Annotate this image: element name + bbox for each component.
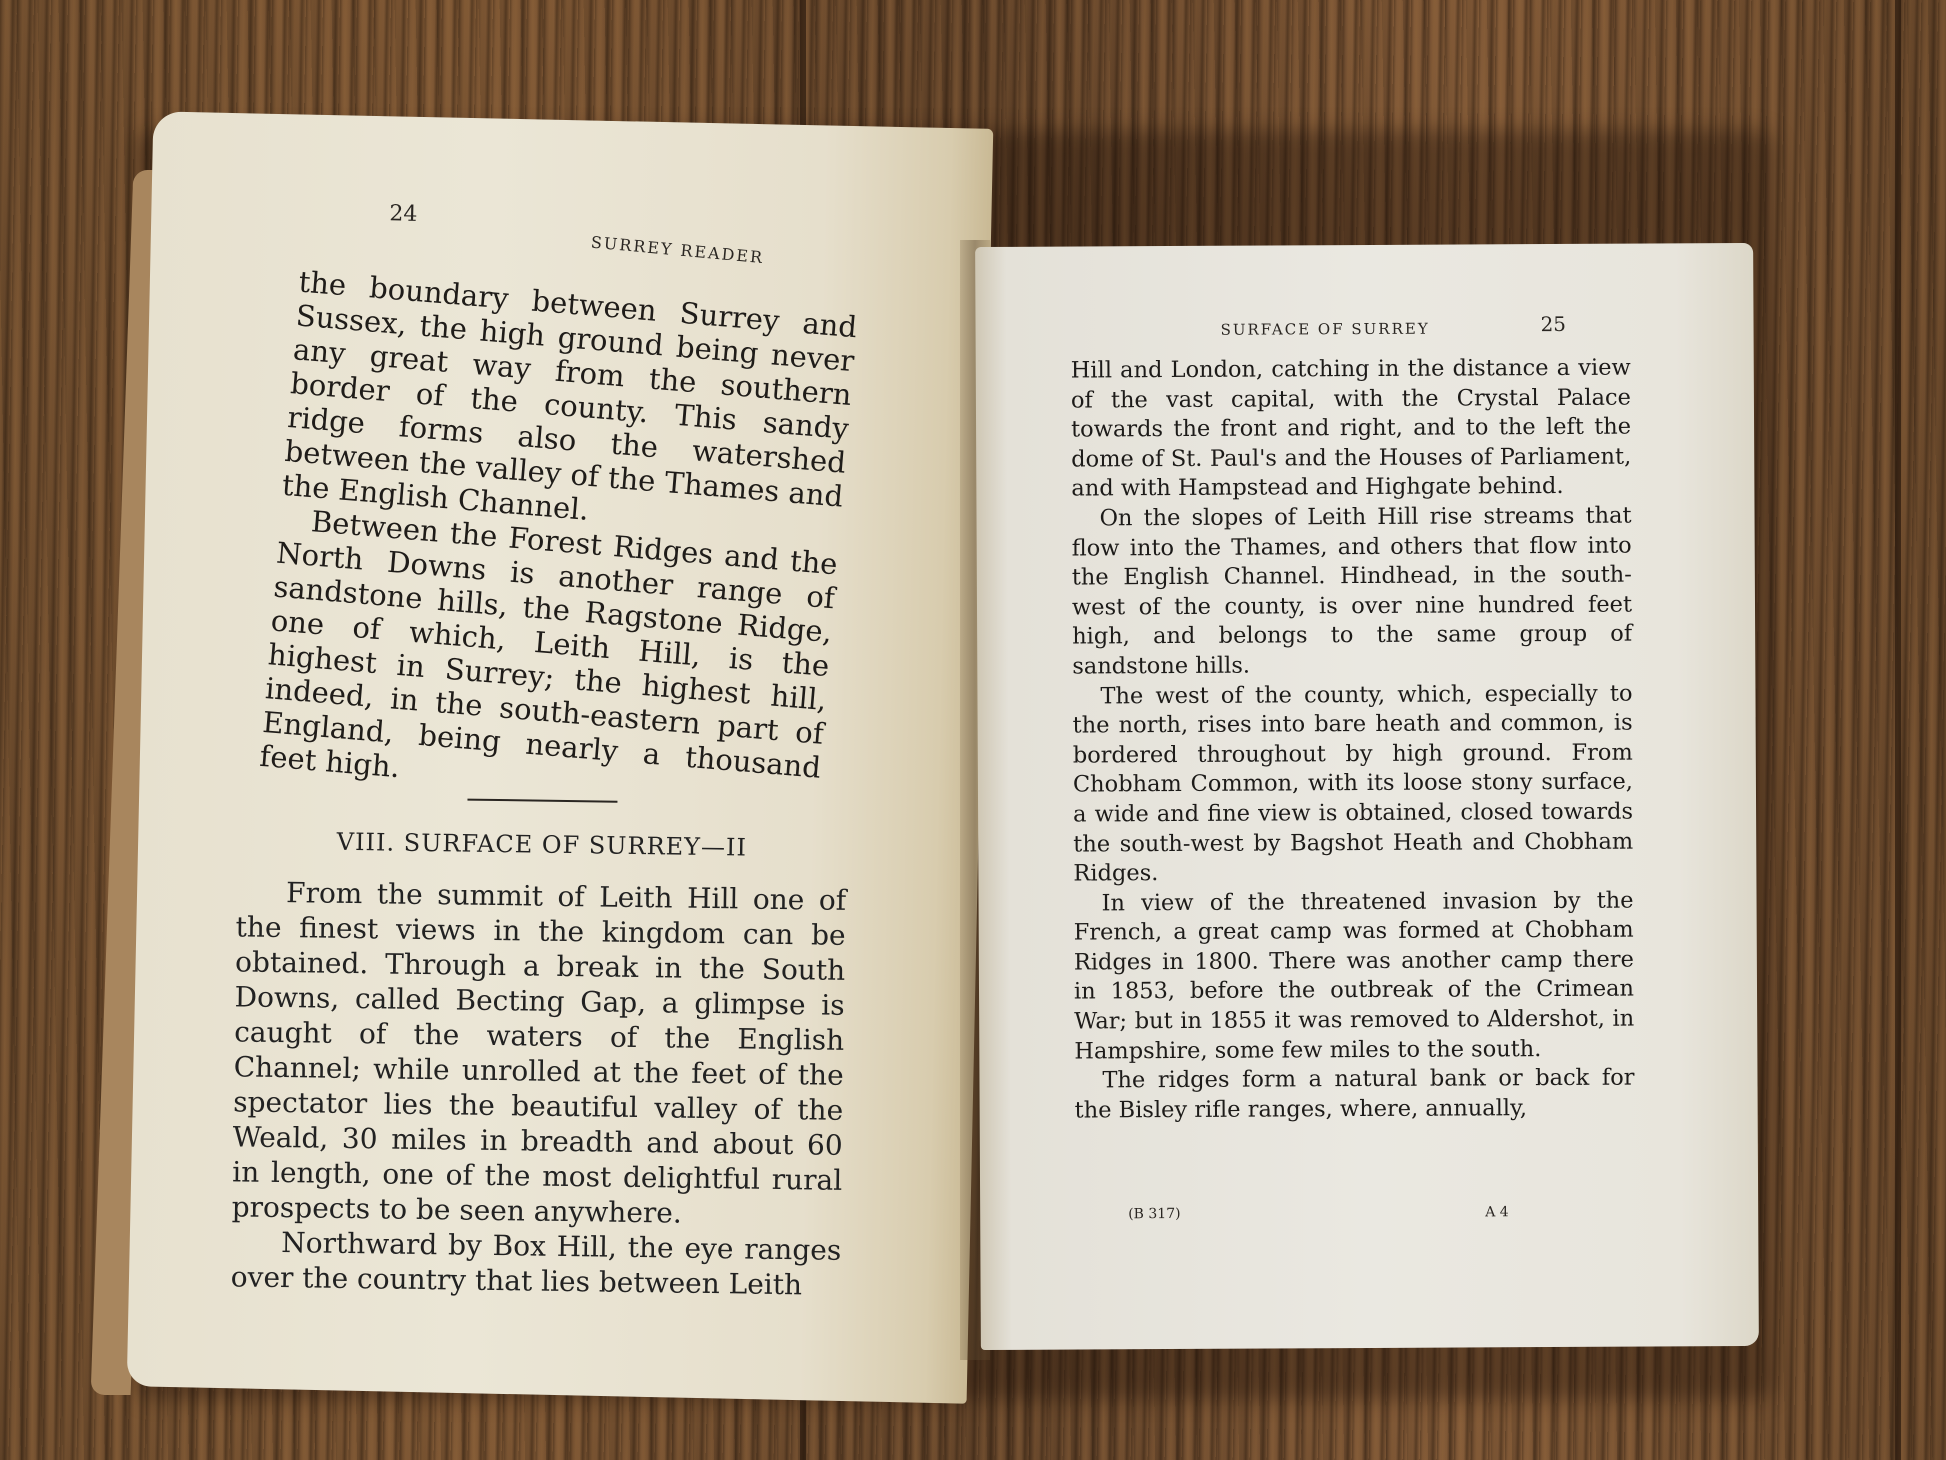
signature-mark: (B 317) xyxy=(1128,1206,1180,1222)
paragraph: Hill and London, catching in the distanc… xyxy=(1071,354,1632,505)
running-head-right: SURFACE OF SURREY xyxy=(1221,320,1430,339)
paragraph: the boundary between Surrey and Sussex, … xyxy=(281,264,859,547)
paragraph: Northward by Box Hill, the eye ranges ov… xyxy=(231,1224,842,1303)
table-plank-gap xyxy=(1895,0,1901,1460)
page-number-right: 25 xyxy=(1540,312,1566,336)
left-page-upper-text: the boundary between Surrey and Sussex, … xyxy=(258,264,858,818)
chapter-heading: VIII. SURFACE OF SURREY—II xyxy=(237,823,847,867)
left-page: 24 SURREY READER the boundary between Su… xyxy=(127,111,994,1403)
running-head-left: SURREY READER xyxy=(590,233,765,268)
section-divider xyxy=(467,799,617,803)
right-page: SURFACE OF SURREY 25 Hill and London, ca… xyxy=(975,243,1759,1350)
right-page-text: Hill and London, catching in the distanc… xyxy=(1071,354,1635,1126)
paragraph: From the summit of Leith Hill one of the… xyxy=(232,874,847,1232)
paragraph: The west of the county, which, especiall… xyxy=(1072,679,1633,889)
paragraph: On the slopes of Leith Hill rise streams… xyxy=(1071,502,1632,682)
left-page-chapter: VIII. SURFACE OF SURREY—II From the summ… xyxy=(231,765,848,1302)
paragraph: In view of the threatened invasion by th… xyxy=(1073,886,1634,1066)
gathering-mark: A 4 xyxy=(1485,1204,1509,1220)
page-number-left: 24 xyxy=(389,201,418,227)
paragraph: The ridges form a natural bank or back f… xyxy=(1074,1064,1634,1126)
